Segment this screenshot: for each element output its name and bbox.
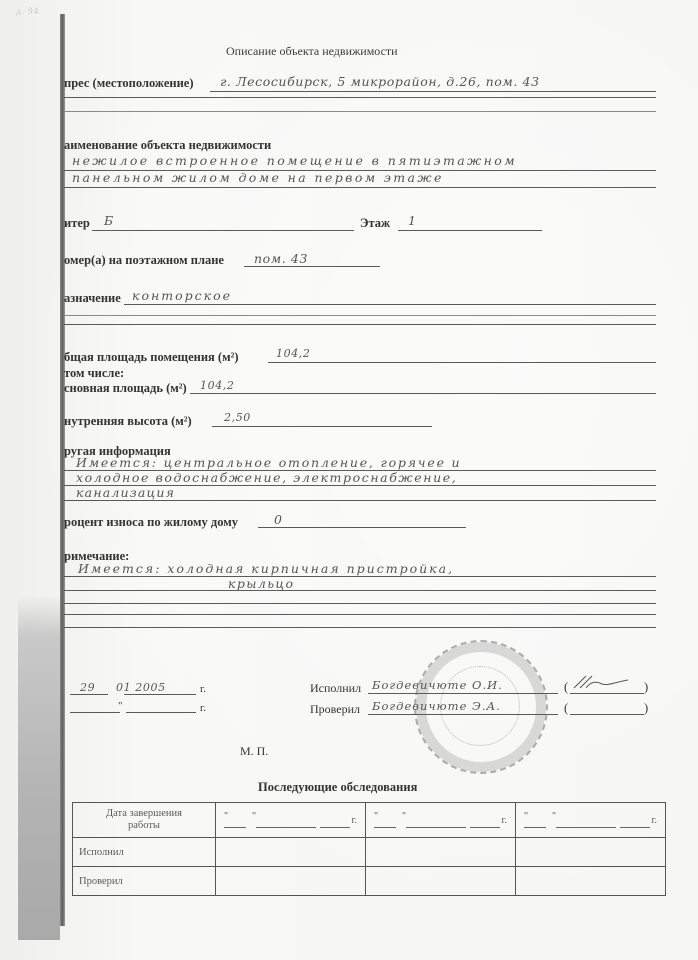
notes-line-2: крыльцо — [228, 576, 294, 591]
subsequent-inspections-title: Последующие обследования — [258, 780, 417, 795]
notes-underline-1 — [64, 576, 656, 577]
including-label: том числе: — [64, 366, 124, 381]
inner-height-label: нутренняя высота (м²) — [64, 414, 192, 429]
address-underline — [210, 91, 656, 92]
other-info-line-2: холодное водоснабжение, электроснабжение… — [76, 470, 457, 485]
floor-underline — [398, 230, 542, 231]
table-row-executed: Исполнил — [73, 838, 666, 867]
floor-plan-number-underline — [244, 266, 380, 267]
inner-height-underline — [212, 426, 432, 427]
checked-by-underline — [368, 714, 558, 715]
corner-mark: д. 94 — [16, 6, 39, 16]
floor-value: 1 — [408, 213, 417, 228]
day-blank — [224, 827, 246, 828]
date1-day-underline — [70, 694, 108, 695]
date2-suffix: г. — [200, 702, 206, 714]
executed-row-label: Исполнил — [73, 838, 216, 867]
wear-percent-label: роцент износа по жилому дому — [64, 515, 238, 530]
executed-cell-2[interactable] — [366, 838, 516, 867]
completion-date-cell-1[interactable]: " " г. — [216, 803, 366, 838]
purpose-line-2 — [64, 315, 656, 316]
notes-underline-5 — [64, 627, 656, 628]
object-name-underline-2 — [64, 187, 656, 188]
executed-cell-3[interactable] — [516, 838, 666, 867]
month-blank — [256, 827, 316, 828]
main-area-value: 104,2 — [200, 379, 235, 392]
date1-month-year: 01 2005 — [116, 681, 166, 694]
executed-by-paren-close: ) — [644, 680, 648, 695]
total-area-underline — [268, 362, 656, 363]
seal-label: М. П. — [240, 744, 268, 759]
year-blank — [320, 827, 350, 828]
completion-date-header-line-1: Дата завершения — [77, 808, 211, 820]
address-value: г. Лесосибирск, 5 микрорайон, д.26, пом.… — [220, 74, 540, 89]
date-quote-close: " — [252, 811, 256, 822]
purpose-line-3 — [64, 324, 656, 325]
table-row-completion-date: Дата завершения работы " " г. " " г. " "… — [73, 803, 666, 838]
checked-cell-3[interactable] — [516, 867, 666, 896]
floor-plan-number-value: пом. 43 — [254, 251, 308, 266]
notes-underline-2 — [64, 590, 656, 591]
date2-quote: " — [118, 700, 123, 712]
executed-by-paren-open: ( — [564, 680, 568, 695]
wear-percent-underline — [258, 527, 466, 528]
completion-date-cell-2[interactable]: " " г. — [366, 803, 516, 838]
checked-cell-2[interactable] — [366, 867, 516, 896]
checked-by-name: Богдевичюте Э.А. — [372, 699, 501, 713]
floor-label: Этаж — [360, 216, 390, 231]
notes-underline-3 — [64, 603, 656, 604]
day-blank — [374, 827, 396, 828]
date-quote-open: " — [224, 811, 228, 822]
executed-cell-1[interactable] — [216, 838, 366, 867]
document-title: Описание объекта недвижимости — [226, 44, 398, 59]
inner-height-value: 2,50 — [224, 411, 251, 424]
month-blank — [556, 827, 616, 828]
checked-by-paren-open: ( — [564, 701, 568, 716]
purpose-value: конторское — [132, 288, 232, 303]
subsequent-inspections-table: Дата завершения работы " " г. " " г. " "… — [72, 802, 666, 896]
main-area-underline — [190, 393, 656, 394]
total-area-value: 104,2 — [276, 347, 311, 360]
main-area-label: сновная площадь (м²) — [64, 381, 187, 396]
date2-day-underline — [70, 712, 120, 713]
checked-row-label: Проверил — [73, 867, 216, 896]
date-quote-open: " — [524, 811, 528, 822]
liter-label: итер — [64, 216, 90, 231]
address-label: прес (местоположение) — [64, 76, 193, 91]
liter-underline — [92, 230, 354, 231]
month-blank — [406, 827, 466, 828]
liter-value: Б — [104, 213, 114, 228]
date1-day: 29 — [80, 681, 95, 694]
executed-signature-icon — [572, 674, 632, 690]
date1-suffix: г. — [200, 683, 206, 695]
executed-by-name: Богдевичюте О.И. — [372, 678, 503, 692]
date1-month-underline — [124, 694, 196, 695]
checked-signature-underline — [570, 714, 644, 715]
object-name-label: аименование объекта недвижимости — [64, 138, 271, 153]
day-blank — [524, 827, 546, 828]
purpose-underline — [124, 304, 656, 305]
date2-month-underline — [126, 712, 196, 713]
floor-plan-number-label: омер(а) на поэтажном плане — [64, 253, 224, 268]
completion-date-header-line-2: работы — [77, 820, 211, 832]
completion-date-header: Дата завершения работы — [73, 803, 216, 838]
total-area-label: бщая площадь помещения (м²) — [64, 350, 239, 365]
year-suffix: г. — [652, 815, 657, 826]
year-blank — [470, 827, 500, 828]
wear-percent-value: 0 — [274, 512, 283, 527]
date-quote-close: " — [402, 811, 406, 822]
address-line-2 — [64, 97, 656, 98]
notes-underline-4 — [64, 614, 656, 615]
object-name-line-2: панельном жилом доме на первом этаже — [72, 170, 444, 185]
address-line-3 — [64, 111, 656, 112]
year-suffix: г. — [502, 815, 507, 826]
object-name-line-1: нежилое встроенное помещение в пятиэтажн… — [72, 153, 517, 168]
other-info-line-1: Имеется: центральное отопление, горячее … — [76, 455, 461, 470]
scan-edge-shadow — [18, 595, 60, 940]
executed-signature-underline — [570, 693, 644, 694]
table-row-checked: Проверил — [73, 867, 666, 896]
date-quote-open: " — [374, 811, 378, 822]
other-info-underline-3 — [64, 500, 656, 501]
other-info-line-3: канализация — [76, 485, 175, 500]
purpose-label: азначение — [64, 291, 121, 306]
year-blank — [620, 827, 650, 828]
executed-by-label: Исполнил — [310, 681, 361, 696]
year-suffix: г. — [352, 815, 357, 826]
checked-cell-1[interactable] — [216, 867, 366, 896]
checked-by-label: Проверил — [310, 702, 360, 717]
completion-date-cell-3[interactable]: " " г. — [516, 803, 666, 838]
executed-by-underline — [368, 693, 558, 694]
date-quote-close: " — [552, 811, 556, 822]
notes-line-1: Имеется: холодная кирпичная пристройка, — [78, 561, 454, 576]
checked-by-paren-close: ) — [644, 701, 648, 716]
